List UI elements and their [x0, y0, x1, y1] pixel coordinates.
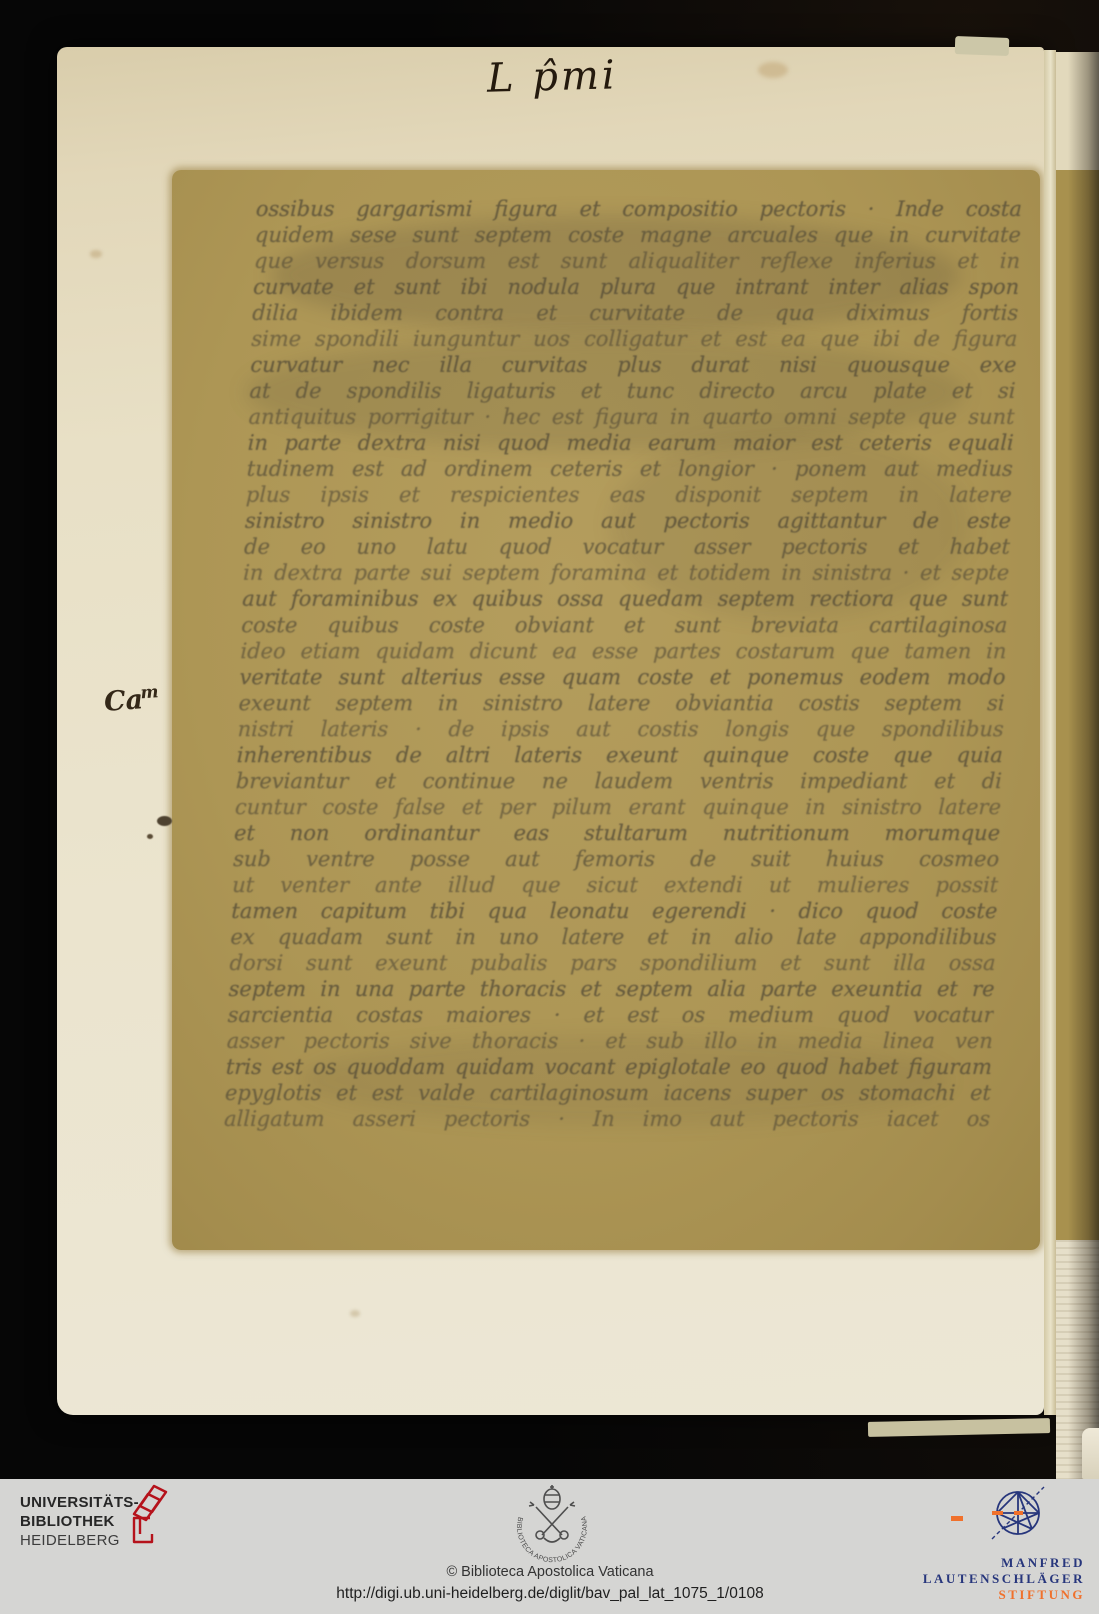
manuscript-line: inherentibus de altri lateris exeunt qui…: [236, 742, 1003, 768]
manuscript-line: et non ordinantur eas stultarum nutritio…: [234, 820, 1001, 846]
lautenschlaeger-globe-icon: [986, 1481, 1050, 1549]
manuscript-line: quidem sese sunt septem coste magne arcu…: [255, 222, 1022, 248]
svg-text:BIBLIOTECA APOSTOLICA VATICANA: BIBLIOTECA APOSTOLICA VATICANA: [515, 1515, 589, 1564]
vatican-seal-text: BIBLIOTECA APOSTOLICA VATICANA: [515, 1515, 589, 1564]
ink-stain: [157, 816, 172, 826]
stiftung-line3: STIFTUNG: [923, 1587, 1085, 1603]
manuscript-line: dilia ibidem contra et curvitate de qua …: [252, 300, 1019, 326]
manuscript-line: que versus dorsum est sunt aliqualiter r…: [254, 248, 1021, 274]
manuscript-line: ex quadam sunt in uno latere et in alio …: [230, 924, 997, 950]
page-edge-shadow: [1056, 52, 1099, 1479]
manuscript-line: tamen capitum tibi qua leonatu egerendi …: [231, 898, 998, 924]
page-heading: L p̂mi: [486, 52, 618, 101]
manuscript-line: cuntur coste false et per pilum erant qu…: [235, 794, 1002, 820]
manuscript-line: at de spondilis ligaturis et tunc direct…: [249, 378, 1016, 404]
manuscript-line: alligatum asseri pectoris · In imo aut p…: [224, 1106, 991, 1132]
digitized-manuscript-page: L p̂mi Cam ossibus gargarismi figura et …: [0, 0, 1099, 1614]
manuscript-line: de eo uno latu quod vocatur asser pector…: [244, 534, 1011, 560]
manuscript-line: exeunt septem in sinistro latere obviant…: [238, 690, 1005, 716]
vatican-copyright: © Biblioteca Apostolica Vaticana: [300, 1564, 800, 1580]
margin-note: Cam: [103, 682, 160, 718]
stiftung-line1: MANFRED: [923, 1555, 1085, 1571]
ub-heidelberg-book-logo-icon: [110, 1482, 174, 1548]
manuscript-lines: ossibus gargarismi figura et compositio …: [224, 196, 1023, 1132]
foxing-spot: [758, 62, 788, 78]
manuscript-line: antiquitus porrigitur · hec est figura i…: [248, 404, 1015, 430]
manuscript-line: sime spondili iunguntur uos colligatur e…: [251, 326, 1018, 352]
manuscript-line: ossibus gargarismi figura et compositio …: [255, 196, 1022, 222]
manuscript-line: dorsi sunt exeunt pubalis pars spondiliu…: [229, 950, 996, 976]
manuscript-line: sarcientia costas maiores · et est os me…: [227, 1002, 994, 1028]
manuscript-line: sinistro sinistro in medio aut pectoris …: [245, 508, 1012, 534]
manuscript-line: sub ventre posse aut femoris de suit hui…: [233, 846, 1000, 872]
foxing-spot: [90, 250, 102, 258]
manuscript-line: curvate et sunt ibi nodula plura que int…: [253, 274, 1020, 300]
manuscript-line: septem in una parte thoracis et septem a…: [228, 976, 995, 1002]
manuscript-line: in dextra parte sui septem foramina et t…: [243, 560, 1010, 586]
page-corner-curl: [1082, 1428, 1099, 1479]
footer-bar: UNIVERSITÄTS- BIBLIOTHEK HEIDELBERG: [0, 1479, 1099, 1614]
ink-stain: [147, 834, 153, 839]
lautenschlaeger-wordmark: MANFRED LAUTENSCHLÄGER STIFTUNG: [923, 1555, 1085, 1603]
book-gutter-crease: [1044, 50, 1056, 1415]
paper-tab-top: [955, 36, 1010, 56]
manuscript-line: in parte dextra nisi quod media earum ma…: [247, 430, 1014, 456]
manuscript-line: curvatur nec illa curvitas plus durat ni…: [250, 352, 1017, 378]
manuscript-line: tris est os quoddam quidam vocant epiglo…: [225, 1054, 992, 1080]
margin-note-superscript: m: [140, 682, 159, 703]
manuscript-line: plus ipsis et respicientes eas disponit …: [245, 482, 1012, 508]
source-url: http://digi.ub.uni-heidelberg.de/diglit/…: [250, 1585, 850, 1603]
manuscript-line: breviantur et continue ne laudem ventris…: [235, 768, 1002, 794]
manuscript-line: tudinem est ad ordinem ceteris et longio…: [246, 456, 1013, 482]
manuscript-line: nistri lateris · de ipsis aut costis lon…: [237, 716, 1004, 742]
foxing-spot: [350, 1310, 360, 1317]
orange-dash-icon: [951, 1516, 963, 1521]
stiftung-line2: LAUTENSCHLÄGER: [923, 1571, 1085, 1587]
manuscript-line: asser pectoris sive thoracis · et sub il…: [226, 1028, 993, 1054]
manuscript-line: ideo etiam quidam dicunt ea esse partes …: [240, 638, 1007, 664]
manuscript-line: ut venter ante illud que sicut extendi u…: [232, 872, 999, 898]
vatican-seal-icon: BIBLIOTECA APOSTOLICA VATICANA: [500, 1481, 604, 1567]
manuscript-line: epyglotis et est valde cartilaginosum ia…: [225, 1080, 992, 1106]
margin-note-text: Ca: [103, 684, 144, 718]
manuscript-line: veritate sunt alterius esse quam coste e…: [239, 664, 1006, 690]
manuscript-line: coste quibus coste obviant et sunt brevi…: [241, 612, 1008, 638]
manuscript-line: aut foraminibus ex quibus ossa quedam se…: [242, 586, 1009, 612]
